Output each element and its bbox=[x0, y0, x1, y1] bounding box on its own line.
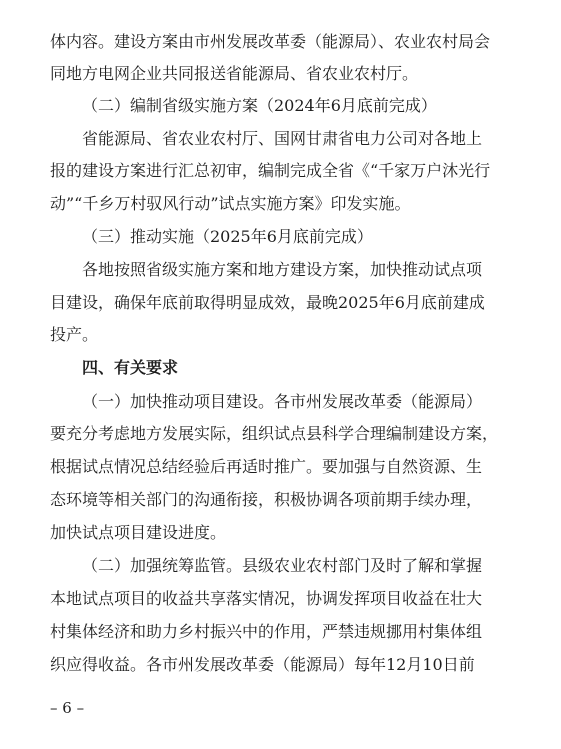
paragraph-first-line: 各地按照省级实施方案和地方建设方案，加快推动试点项 bbox=[82, 260, 462, 280]
body-line: 报的建设方案进行汇总初审，编制完成全省《“千家万户沐光行 bbox=[50, 161, 462, 181]
body-line: 本地试点项目的收益共享落实情况，协调发挥项目收益在壮大 bbox=[50, 589, 462, 609]
body-line: 体内容。建设方案由市州发展改革委（能源局）、农业农村局会 bbox=[50, 32, 462, 52]
body-line: 加快试点项目建设进度。 bbox=[50, 523, 462, 543]
subheading-implementation: （三）推动实施（2025年6月底前完成） bbox=[82, 227, 494, 247]
paragraph-first-line: 省能源局、省农业农村厅、国网甘肃省电力公司对各地上 bbox=[82, 129, 462, 149]
document-page: 体内容。建设方案由市州发展改革委（能源局）、农业农村局会 同地方电网企业共同报送… bbox=[0, 0, 561, 749]
paragraph-first-line: （二）加强统筹监管。县级农业农村部门及时了解和掌握 bbox=[82, 556, 462, 576]
paragraph-first-line: （一）加快推动项目建设。各市州发展改革委（能源局） bbox=[82, 392, 462, 412]
body-line: 村集体经济和助力乡村振兴中的作用，严禁违规挪用村集体组 bbox=[50, 622, 462, 642]
subheading-compile-provincial-plan: （二）编制省级实施方案（2024年6月底前完成） bbox=[82, 96, 494, 116]
body-line: 目建设，确保年底前取得明显成效，最晚2025年6月底前建成 bbox=[50, 293, 462, 313]
page-number: – 6 – bbox=[50, 699, 84, 717]
body-line: 根据试点情况总结经验后再适时推广。要加强与自然资源、生 bbox=[50, 457, 462, 477]
body-line: 态环境等相关部门的沟通衔接，积极协调各项前期手续办理， bbox=[50, 490, 462, 510]
body-line: 要充分考虑地方发展实际，组织试点县科学合理编制建设方案， bbox=[50, 424, 462, 444]
body-line: 投产。 bbox=[50, 325, 462, 345]
body-line: 同地方电网企业共同报送省能源局、省农业农村厅。 bbox=[50, 64, 462, 84]
section-heading-requirements: 四、有关要求 bbox=[82, 358, 494, 378]
body-line: 织应得收益。各市州发展改革委（能源局）每年12月10日前 bbox=[50, 655, 462, 675]
body-line: 动”“千乡万村驭风行动”试点实施方案》印发实施。 bbox=[50, 194, 462, 214]
